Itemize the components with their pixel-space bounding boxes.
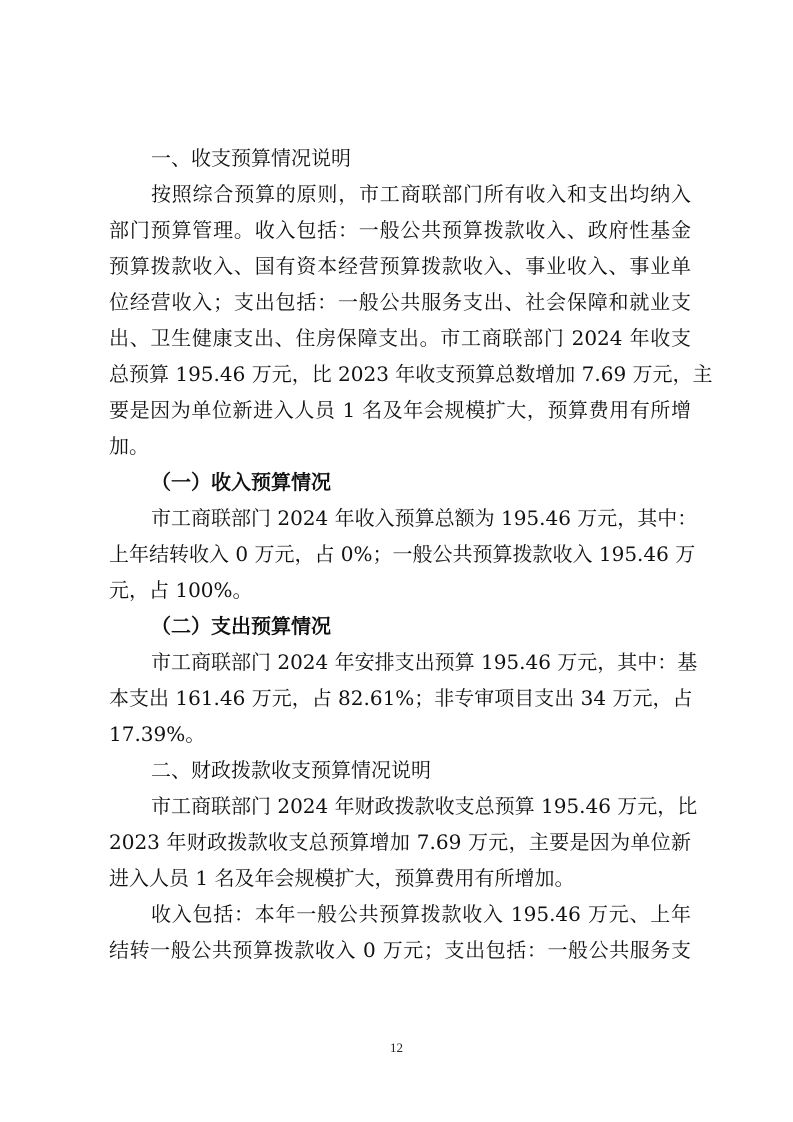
paragraph-line: 上年结转收入 0 万元，占 0%；一般公共预算拨款收入 195.46 万 xyxy=(109,536,691,572)
paragraph-line: 部门预算管理。收入包括：一般公共预算拨款收入、政府性基金 xyxy=(109,212,691,248)
paragraph-line: 收入包括：本年一般公共预算拨款收入 195.46 万元、上年 xyxy=(109,896,691,932)
paragraph-line: 市工商联部门 2024 年财政拨款收支总预算 195.46 万元，比 xyxy=(109,788,691,824)
section-heading-1: 一、收支预算情况说明 xyxy=(109,140,691,176)
paragraph-line: 出、卫生健康支出、住房保障支出。市工商联部门 2024 年收支 xyxy=(109,320,691,356)
subsection-heading-expenditure: （二）支出预算情况 xyxy=(109,608,691,644)
paragraph-line: 元，占 100%。 xyxy=(109,572,691,608)
paragraph-line: 2023 年财政拨款收支总预算增加 7.69 万元，主要是因为单位新 xyxy=(109,824,691,860)
subsection-heading-income: （一）收入预算情况 xyxy=(109,464,691,500)
paragraph-line: 预算拨款收入、国有资本经营预算拨款收入、事业收入、事业单 xyxy=(109,248,691,284)
paragraph-line: 总预算 195.46 万元，比 2023 年收支预算总数增加 7.69 万元，主 xyxy=(109,356,691,392)
paragraph-line: 17.39%。 xyxy=(109,716,691,752)
paragraph-line: 市工商联部门 2024 年收入预算总额为 195.46 万元，其中： xyxy=(109,500,691,536)
paragraph-line: 本支出 161.46 万元，占 82.61%；非专审项目支出 34 万元，占 xyxy=(109,680,691,716)
paragraph-line: 加。 xyxy=(109,428,691,464)
paragraph-line: 结转一般公共预算拨款收入 0 万元；支出包括：一般公共服务支 xyxy=(109,932,691,968)
page-number: 12 xyxy=(0,1040,793,1056)
paragraph-line: 进入人员 1 名及年会规模扩大，预算费用有所增加。 xyxy=(109,860,691,896)
section-heading-2: 二、财政拨款收支预算情况说明 xyxy=(109,752,691,788)
paragraph-line: 市工商联部门 2024 年安排支出预算 195.46 万元，其中：基 xyxy=(109,644,691,680)
paragraph-line: 要是因为单位新进入人员 1 名及年会规模扩大，预算费用有所增 xyxy=(109,392,691,428)
paragraph-line: 位经营收入；支出包括：一般公共服务支出、社会保障和就业支 xyxy=(109,284,691,320)
document-body: 一、收支预算情况说明 按照综合预算的原则，市工商联部门所有收入和支出均纳入 部门… xyxy=(109,140,691,968)
paragraph-line: 按照综合预算的原则，市工商联部门所有收入和支出均纳入 xyxy=(109,176,691,212)
